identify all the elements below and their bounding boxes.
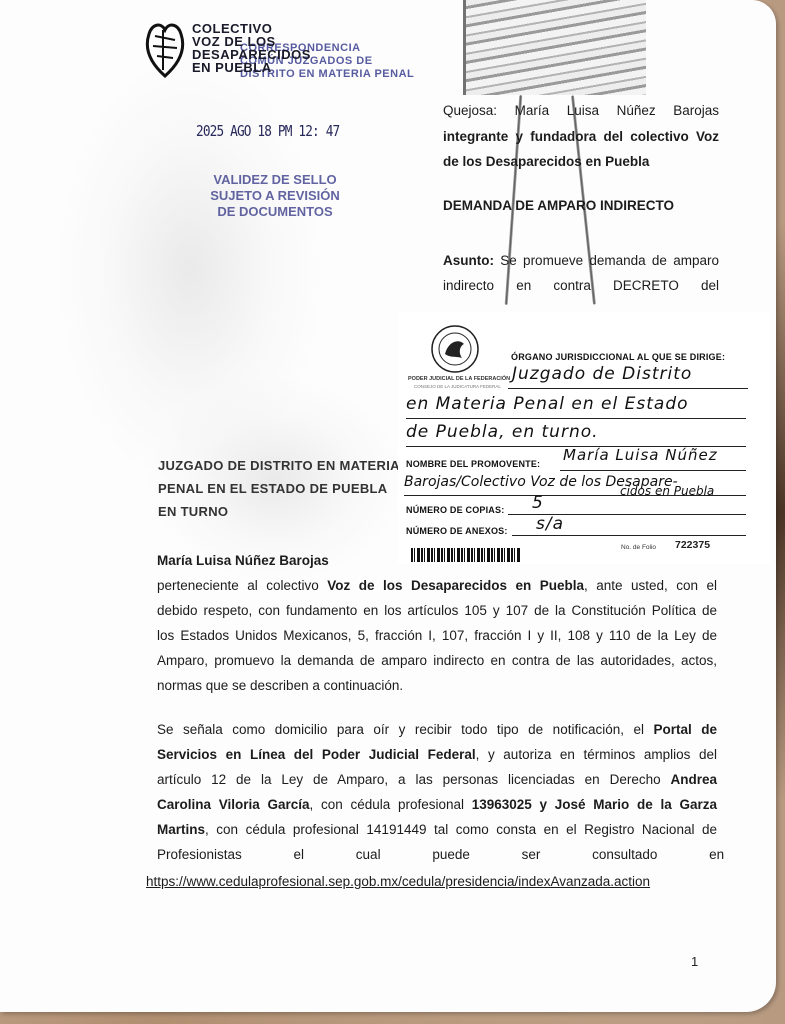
paragraph-text: perteneciente al colectivo: [157, 578, 327, 593]
portal-name: Servicios en Línea del Poder Judicial Fe…: [157, 747, 476, 762]
anexos-label: NÚMERO DE ANEXOS:: [406, 526, 508, 536]
anexos-value: s/a: [536, 514, 564, 534]
paragraph-text: debido respeto, con fundamento en los ar…: [157, 598, 717, 623]
collective-name: Voz de los Desaparecidos en Puebla: [327, 578, 584, 593]
form-underline: [512, 535, 746, 536]
validity-line: VALIDEZ DE SELLO: [200, 172, 350, 188]
asunto-block: Asunto: Se promueve demanda de amparo in…: [443, 248, 719, 298]
lawyer-name: Carolina Viloria García: [157, 797, 310, 812]
attached-photo-fragment: [463, 0, 646, 95]
form-underline: [508, 388, 748, 389]
heart-logo-icon: [143, 16, 187, 80]
paragraph-text: Profesionistas el cual puede ser consult…: [157, 842, 717, 867]
paragraph-text: y: [532, 797, 555, 812]
lawyer-name: José Mario de la Garza: [555, 797, 717, 812]
registry-link[interactable]: https://www.cedulaprofesional.sep.gob.mx…: [146, 874, 650, 889]
asunto-label: Asunto:: [443, 253, 494, 268]
document-page: CORRESPONDENCIA COMÚN JUZGADOS DE DISTRI…: [0, 0, 776, 1012]
promovente-name: María Luisa Núñez Barojas: [157, 553, 329, 568]
paragraph-text: , ante usted, con el: [584, 578, 717, 593]
paragraph-intro: María Luisa Núñez Barojas en mi carácter…: [157, 548, 717, 698]
license-number: 13963025: [472, 797, 532, 812]
paragraph-text: , y autoriza en términos amplios del: [476, 747, 717, 762]
heading-line: Quejosa: María Luisa Núñez Barojas: [443, 98, 719, 124]
asunto-text: Se promueve demanda de amparo: [494, 253, 719, 268]
validity-line: SUJETO A REVISIÓN: [200, 188, 350, 204]
page-number: 1: [691, 954, 698, 969]
form-underline: [406, 418, 746, 419]
organ-value-line: de Puebla, en turno.: [406, 422, 599, 442]
paragraph-text: , con cédula profesional: [310, 797, 472, 812]
validity-line: DE DOCUMENTOS: [200, 204, 350, 220]
court-header-line: PENAL EN EL ESTADO DE PUEBLA: [158, 477, 400, 500]
institution-name: PODER JUDICIAL DE LA FEDERACIÓN: [408, 376, 510, 382]
organ-label: ÓRGANO JURISDICCIONAL AL QUE SE DIRIGE:: [511, 352, 725, 362]
received-datetime-stamp: 2025 AGO 18 PM 12: 47: [196, 122, 339, 140]
collective-stamp: COLECTIVO VOZ DE LOS DESAPARECIDOS EN PU…: [192, 22, 311, 74]
institution-subtitle: CONSEJO DE LA JUDICATURA FEDERAL: [414, 384, 501, 389]
validity-stamp: VALIDEZ DE SELLO SUJETO A REVISIÓN DE DO…: [200, 172, 350, 220]
mexican-seal-icon: [430, 324, 480, 374]
lawyer-name: Andrea: [670, 772, 717, 787]
copias-label: NÚMERO DE COPIAS:: [406, 505, 504, 515]
paragraph-text: Amparo, promuevo la demanda de amparo in…: [157, 648, 717, 673]
court-header-line: JUZGADO DE DISTRITO EN MATERIA: [158, 454, 400, 477]
organ-value-line: Juzgado de Distrito: [512, 364, 692, 384]
paragraph-notifications: Se señala como domicilio para oír y reci…: [157, 717, 717, 867]
collective-line: EN PUEBLA: [192, 61, 311, 74]
heading-block: Quejosa: María Luisa Núñez Barojas integ…: [443, 98, 719, 175]
paragraph-text: Se señala como domicilio para oír y reci…: [157, 722, 653, 737]
asunto-text: indirecto en contra DECRETO del: [443, 273, 719, 298]
promovente-label: NOMBRE DEL PROMOVENTE:: [406, 459, 540, 469]
paragraph-text: , con cédula profesional 14191449 tal co…: [205, 822, 717, 837]
court-header-line: EN TURNO: [158, 500, 400, 523]
paragraph-text: los Estados Unidos Mexicanos, 5, fracció…: [157, 623, 717, 648]
promovente-value-line: cidos en Puebla: [620, 484, 714, 498]
paragraph-text: artículo 12 de la Ley de Amparo, a las p…: [157, 772, 670, 787]
court-header: JUZGADO DE DISTRITO EN MATERIA PENAL EN …: [158, 454, 400, 523]
organ-value-line: en Materia Penal en el Estado: [406, 394, 689, 414]
portal-name: Portal de: [653, 722, 717, 737]
form-underline: [560, 470, 746, 471]
copias-value: 5: [532, 493, 544, 513]
document-title: DEMANDA DE AMPARO INDIRECTO: [443, 198, 674, 213]
promovente-value-line: María Luisa Núñez: [563, 446, 718, 464]
heading-line: integrante y fundadora del colectivo Voz: [443, 124, 719, 150]
paragraph-text: normas que se describen a continuación.: [157, 673, 717, 698]
lawyer-name: Martins: [157, 822, 205, 837]
heading-line: de los Desaparecidos en Puebla: [443, 149, 719, 175]
